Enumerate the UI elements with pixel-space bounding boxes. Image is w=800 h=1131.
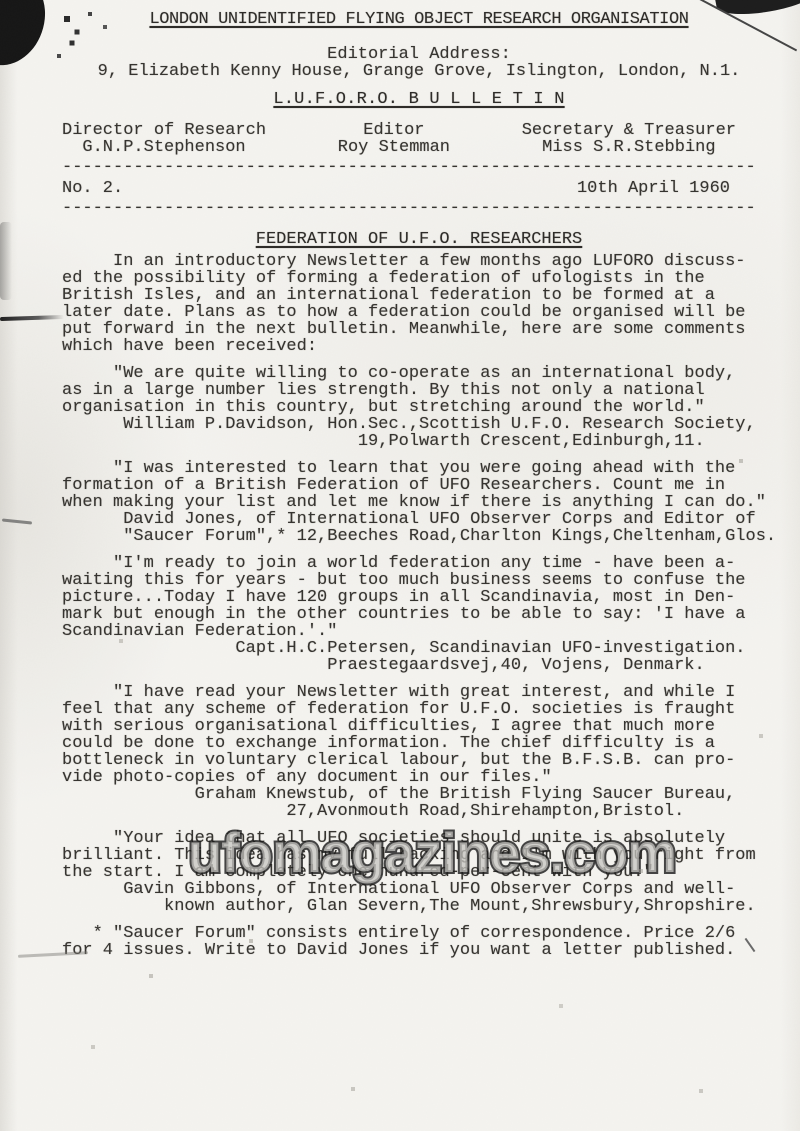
paper-grain-texture [0,0,800,1131]
scanned-bulletin-page: LONDON UNIDENTIFIED FLYING OBJECT RESEAR… [0,0,800,1131]
